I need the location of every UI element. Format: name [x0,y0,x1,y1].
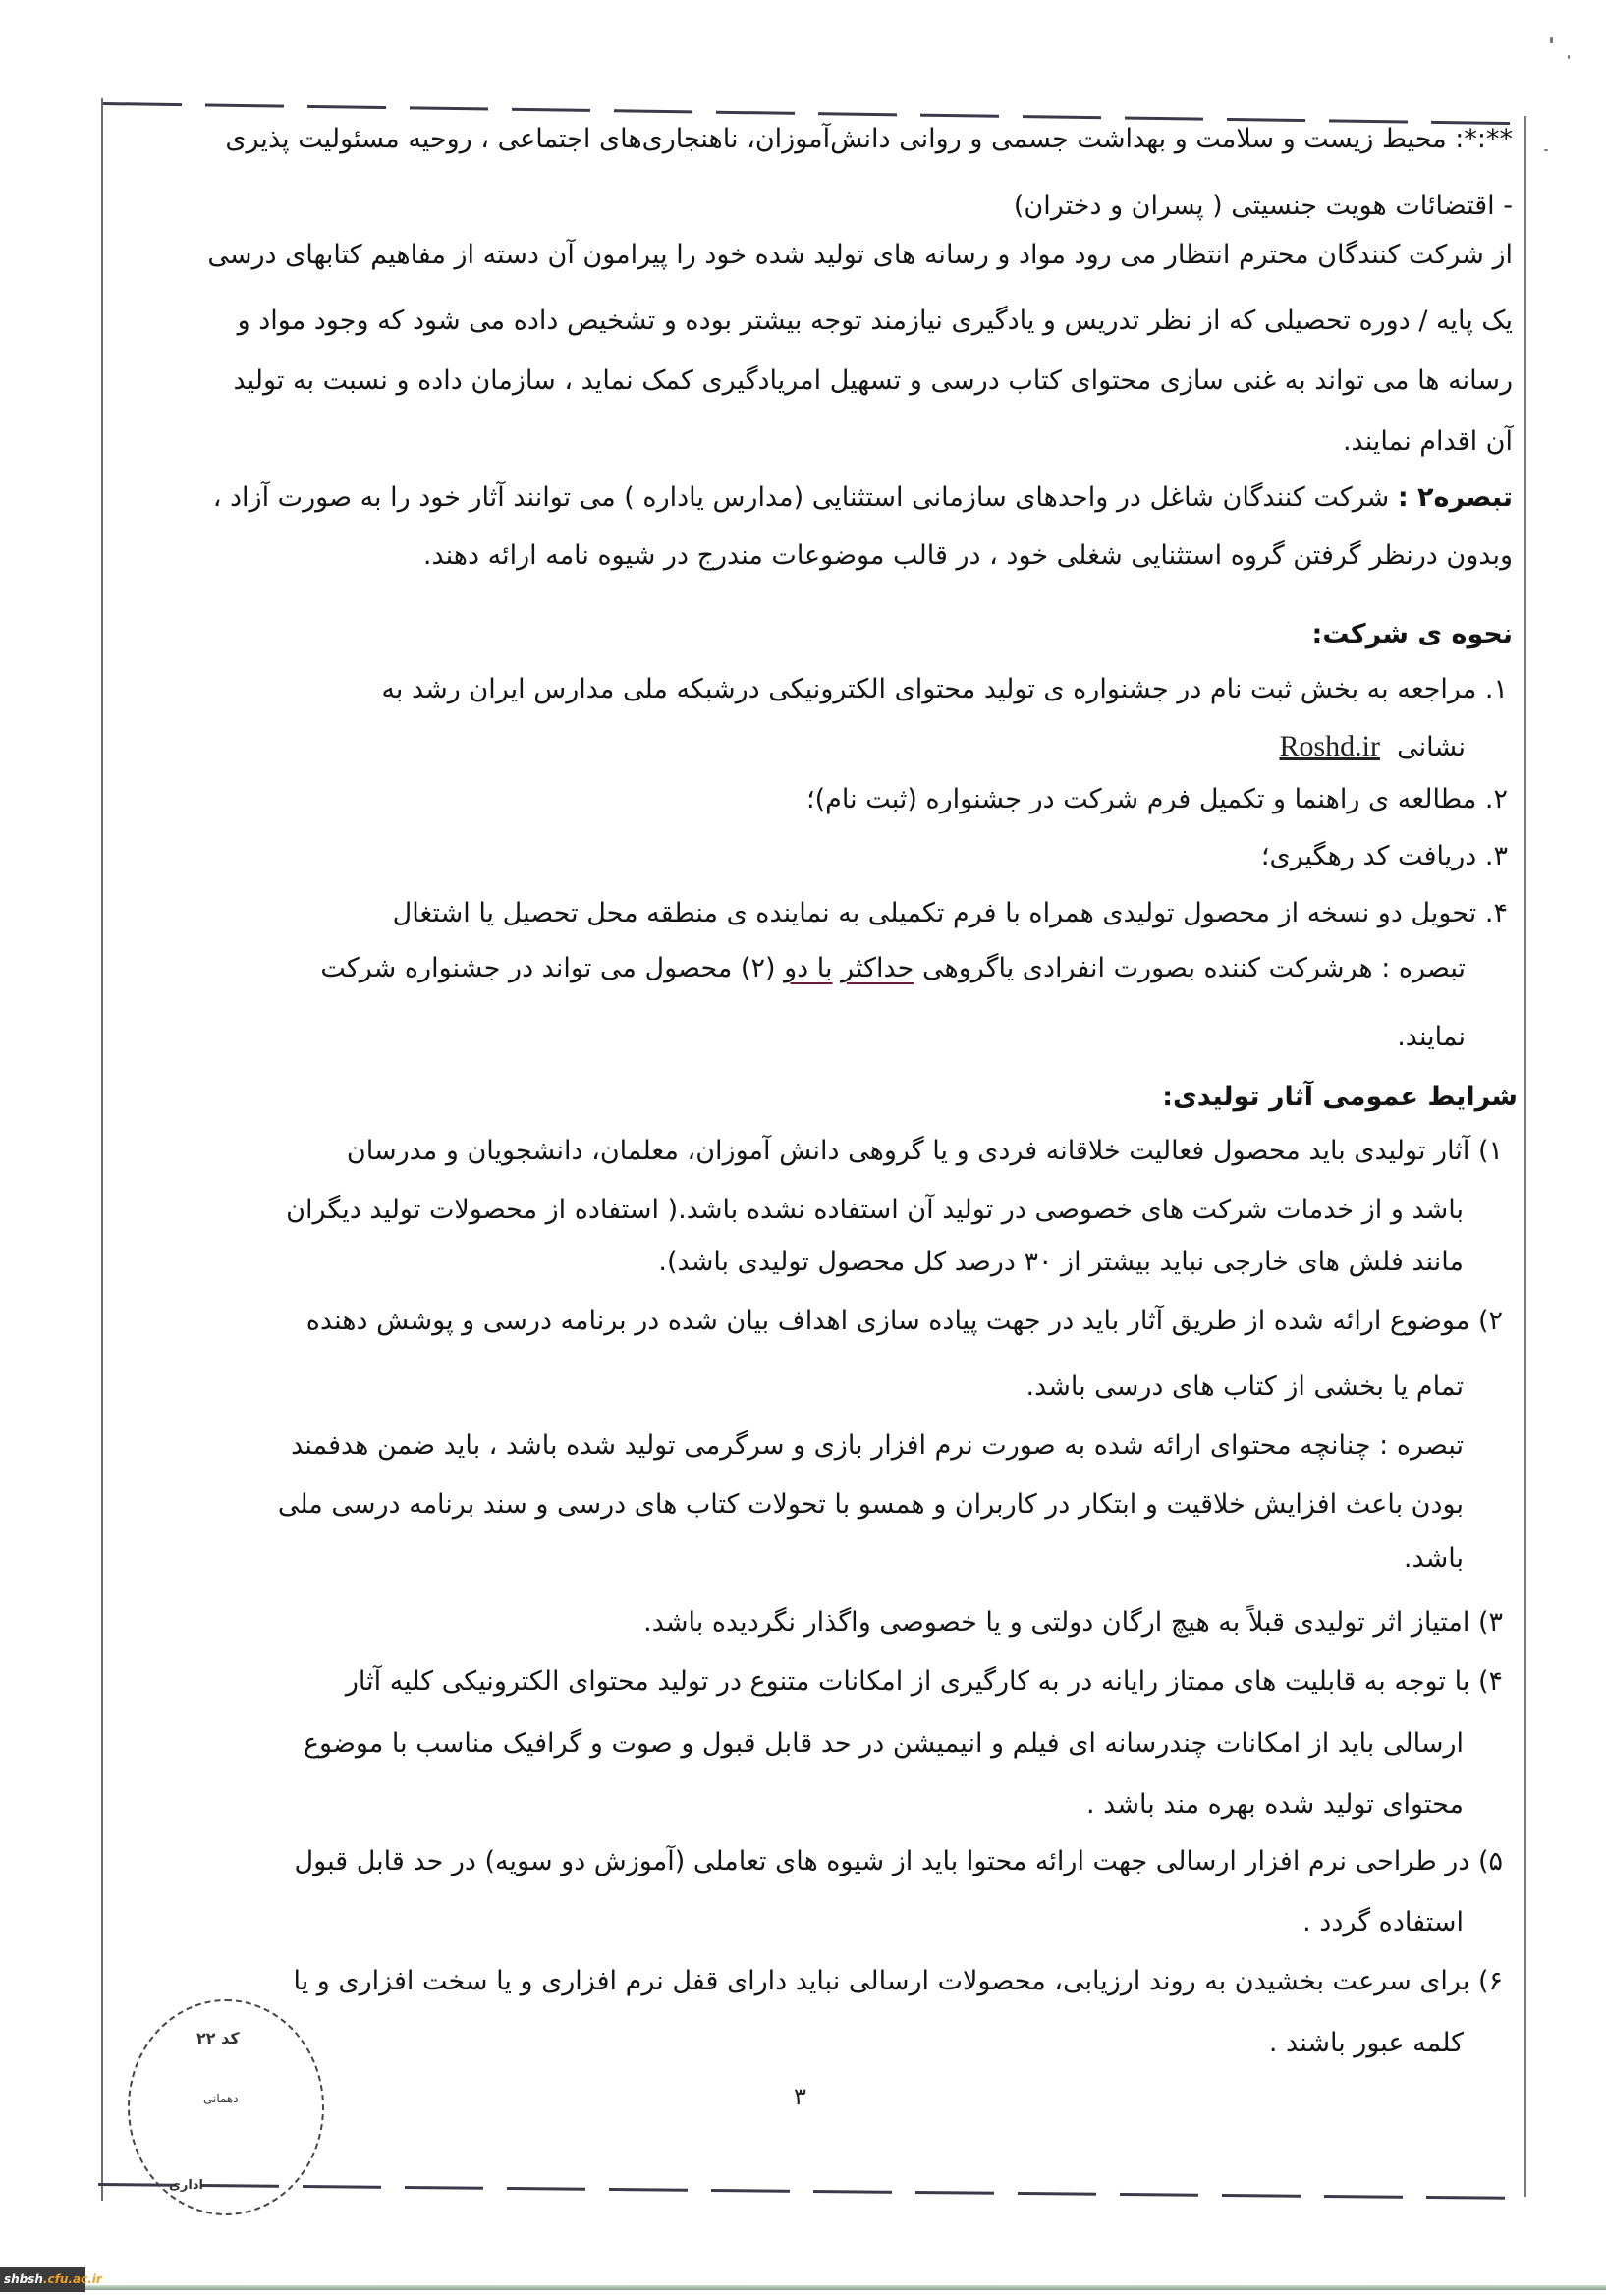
condition-3: ۳) امتیاز اثر تولیدی قبلاً به هیچ ارگان … [643,1603,1503,1643]
address-label: نشانی [1397,732,1466,762]
condition-1: ۱) آثار تولیدی باید محصول فعالیت خلاقانه… [347,1132,1503,1171]
scanned-document-page: **:*: محیط زیست و سلامت و بهداشت جسمی و … [0,0,1606,2296]
scan-speck [1568,55,1570,59]
step-number: ۲. [1485,784,1508,814]
step-text: مطالعه ی راهنما و تکمیل فرم شرکت در جشنو… [806,784,1476,814]
page-number: ۳ [794,2083,806,2110]
step-2: ۲. مطالعه ی راهنما و تکمیل فرم شرکت در ج… [806,780,1508,819]
condition-1-cont: مانند فلش های خارجی نباید بیشتر از ۳۰ در… [658,1243,1464,1282]
condition-number: ۴) [1478,1666,1503,1697]
intro-paragraph-line: رسانه ها می تواند به غنی سازی محتوای کتا… [233,362,1513,401]
site-watermark: shbsh.cfu.ac.ir [0,2267,85,2292]
scan-bottom-edge [0,2285,1606,2290]
step-text: تحویل دو نسخه از محصول تولیدی همراه با ف… [393,898,1477,928]
condition-number: ۵) [1478,1846,1503,1876]
step-number: ۱. [1485,674,1508,704]
participation-note-end: نمایند. [1397,1018,1466,1057]
condition-4-cont: ارسالی باید از امکانات چندرسانه ای فیلم … [304,1724,1464,1764]
step-3: ۳. دریافت کد رهگیری؛ [1261,837,1508,876]
roshd-link[interactable]: Roshd.ir [1279,727,1380,766]
condition-number: ۱) [1478,1136,1503,1166]
condition-text: در طراحی نرم افزار ارسالی جهت ارائه محتو… [295,1846,1470,1876]
note-text: (۲) محصول می تواند در جشنواره شرکت [320,953,775,983]
bottom-dashed-border [98,2183,1524,2200]
step-number: ۳. [1485,841,1508,871]
condition-number: ۶) [1478,1966,1503,1996]
stamp-code: کد ۲۲ [196,2029,240,2047]
condition-number: ۳) [1478,1607,1503,1638]
official-stamp: کد ۲۲ دهمانی اداری [128,1999,324,2215]
condition-4: ۴) با توجه به قابلیت های ممتاز رایانه در… [346,1662,1503,1702]
condition-5: ۵) در طراحی نرم افزار ارسالی جهت ارائه م… [295,1842,1503,1881]
intro-paragraph-line: یک پایه / دوره تحصیلی که از نظر تدریس و … [238,302,1513,341]
condition-text: با توجه به قابلیت های ممتاز رایانه در به… [346,1666,1469,1697]
step-1-address-line: نشانی Roshd.ir [1279,727,1466,767]
step-4: ۴. تحویل دو نسخه از محصول تولیدی همراه ب… [393,894,1508,933]
participation-heading: نحوه ی شرکت: [1312,615,1513,654]
stamp-mid-text: دهمانی [203,2092,239,2105]
watermark-part1: shbsh [4,2272,43,2286]
stamp-bottom-text: اداری [169,2178,203,2193]
condition-2-cont: تمام یا بخشی از کتاب های درسی باشد. [1025,1368,1464,1407]
condition-2: ۲) موضوع ارائه شده از طریق آثار باید در … [306,1302,1503,1341]
step-number: ۴. [1485,898,1508,928]
scan-speck [1550,37,1553,43]
intro-paragraph-line: آن اقدام نمایند. [1343,422,1513,462]
note2-line: وبدون درنظر گرفتن گروه استثنایی شغلی خود… [423,536,1513,576]
intro-gender-line: - اقتضائات هویت جنسیتی ( پسران و دختران) [1014,187,1513,226]
note2-line: تبصره۲ : شرکت کنندگان شاغل در واحدهای سا… [213,478,1513,518]
condition-text: برای سرعت بخشیدن به روند ارزیابی، محصولا… [293,1966,1469,1996]
step-text: مراجعه به بخش ثبت نام در جشنواره ی تولید… [381,674,1476,704]
step-text: دریافت کد رهگیری؛ [1261,841,1476,871]
note2-text: شرکت کنندگان شاغل در واحدهای سازمانی است… [213,482,1390,513]
condition-note: بودن باعث افزایش خلاقیت و ابتکار در کارب… [278,1485,1464,1525]
intro-topics-line: **:*: محیط زیست و سلامت و بهداشت جسمی و … [225,120,1513,159]
note2-label: تبصره۲ : [1398,482,1513,513]
intro-paragraph-line: از شرکت کنندگان محترم انتظار می رود مواد… [207,236,1513,275]
condition-text: آثار تولیدی باید محصول فعالیت خلاقانه فر… [347,1136,1469,1166]
conditions-heading: شرایط عمومی آثار تولیدی: [1162,1078,1518,1117]
condition-number: ۲) [1478,1306,1503,1336]
condition-6: ۶) برای سرعت بخشیدن به روند ارزیابی، محص… [293,1962,1503,2001]
condition-6-cont: کلمه عبور باشند . [1269,2024,1464,2063]
watermark-part2: .cfu.ac.ir [43,2272,102,2286]
condition-5-cont: استفاده گردد . [1302,1903,1464,1942]
condition-note: باشد. [1404,1540,1464,1579]
condition-note: تبصره : چنانچه محتوای ارائه شده به صورت … [291,1427,1464,1466]
scan-speck [1544,149,1548,151]
left-frame-border [101,98,103,2201]
right-frame-border [1524,116,1526,2197]
condition-text: موضوع ارائه شده از طریق آثار باید در جهت… [306,1306,1470,1336]
participation-note: تبصره : هرشرکت کننده بصورت انفرادی یاگرو… [320,949,1466,988]
condition-4-cont: محتوای تولید شده بهره مند باشد . [1086,1785,1464,1824]
condition-text: امتیاز اثر تولیدی قبلاً به هیچ ارگان دول… [643,1607,1469,1638]
note-underlined-max: حداکثر [841,953,914,983]
note-text: تبصره : هرشرکت کننده بصورت انفرادی یاگرو… [922,953,1466,983]
note-underlined-two: با دو [784,953,832,983]
step-1: ۱. مراجعه به بخش ثبت نام در جشنواره ی تو… [381,670,1508,709]
condition-1-cont: باشد و از خدمات شرکت های خصوصی در تولید … [286,1191,1464,1230]
